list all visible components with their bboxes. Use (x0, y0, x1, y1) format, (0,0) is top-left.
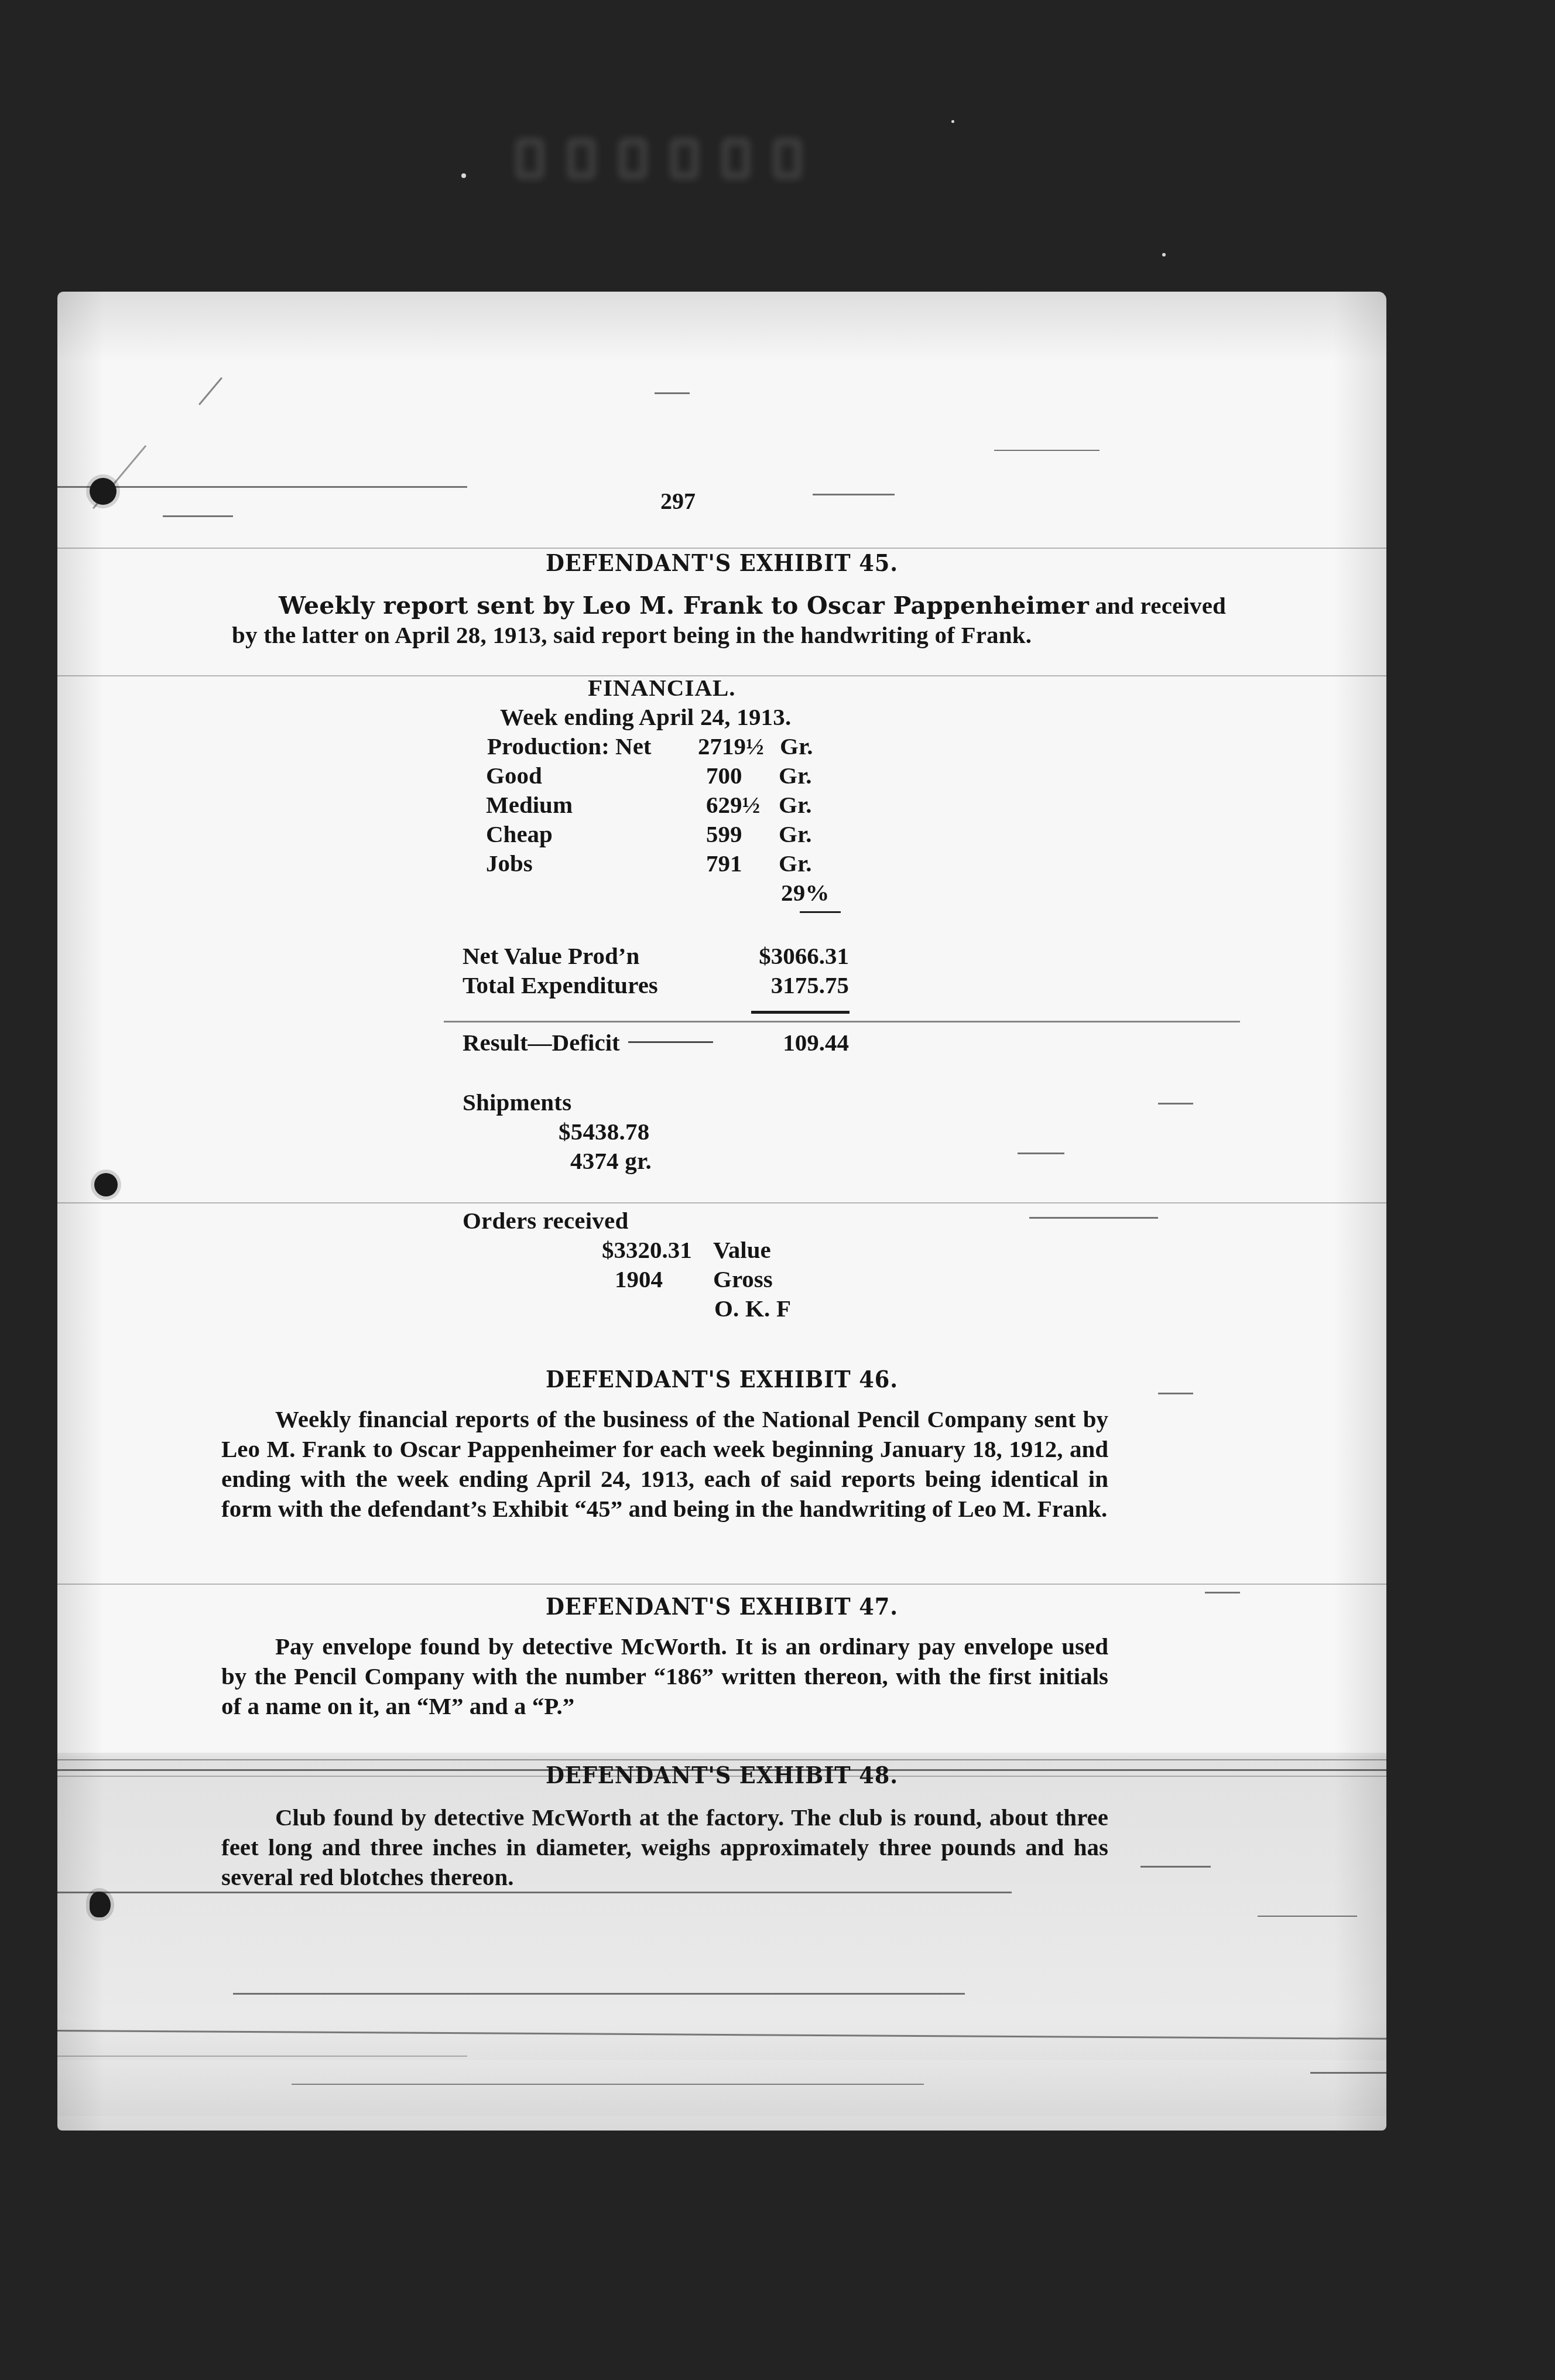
production-value: 2719½ (698, 732, 764, 760)
total-expenditures-label: Total Expenditures (463, 971, 658, 999)
result-value: 109.44 (783, 1028, 849, 1056)
production-value: 700 (706, 761, 742, 789)
report-signoff: O. K. F (714, 1294, 791, 1322)
percent-underline (800, 911, 841, 913)
production-unit: Gr. (780, 732, 813, 760)
report-title: FINANCIAL. (588, 673, 736, 702)
total-expenditures: 3175.75 (771, 971, 849, 999)
film-speck (461, 173, 466, 178)
orders-value-row: $3320.31 Value (602, 1236, 836, 1265)
result-label: Result—Deficit (463, 1028, 620, 1056)
orders-gross: 1904 (615, 1265, 663, 1293)
production-row: Medium629½Gr. (486, 791, 907, 820)
result-row: Result—Deficit 109.44 (463, 1028, 849, 1058)
exhibit-45-intro-emphasis: Weekly report sent by Leo M. Frank to Os… (279, 591, 1089, 620)
exhibit-46-heading: DEFENDANT'S EXHIBIT 46. (111, 1366, 1333, 1393)
exhibit-47-heading: DEFENDANT'S EXHIBIT 47. (111, 1593, 1333, 1620)
document-page: 297 DEFENDANT'S EXHIBIT 45. Weekly repor… (57, 292, 1386, 2131)
production-label: Medium (486, 791, 573, 819)
shipments-value: $5438.78 (559, 1117, 649, 1145)
production-row: Production: Net2719½Gr. (487, 732, 909, 761)
production-label: Cheap (486, 820, 553, 848)
film-frame-marker (515, 138, 890, 190)
production-value: 599 (706, 820, 742, 848)
exhibit-48-body: Club found by detective McWorth at the f… (221, 1803, 1108, 1892)
production-unit: Gr. (779, 791, 812, 819)
production-label: Good (486, 761, 542, 789)
exhibit-48-heading: DEFENDANT'S EXHIBIT 48. (111, 1762, 1333, 1789)
production-row: Jobs791Gr. (486, 849, 907, 878)
net-value-label: Net Value Prod’n (463, 942, 639, 970)
production-value: 629½ (706, 791, 760, 819)
production-unit: Gr. (779, 761, 812, 789)
production-row: Good700Gr. (486, 761, 907, 791)
sum-rule (751, 1011, 850, 1014)
jobs-percent: 29% (781, 878, 830, 907)
exhibit-45-heading: DEFENDANT'S EXHIBIT 45. (111, 549, 1333, 577)
production-label: Production: Net (487, 732, 652, 760)
shipments-label: Shipments (463, 1088, 571, 1116)
orders-label: Orders received (463, 1206, 628, 1235)
film-speck (951, 120, 954, 123)
result-strike (628, 1041, 713, 1043)
orders-gross-row: 1904 Gross (615, 1265, 849, 1294)
orders-value: $3320.31 (602, 1236, 692, 1264)
production-unit: Gr. (779, 820, 812, 848)
exhibit-45-intro-rest: and received (1089, 592, 1226, 619)
net-value-row: Net Value Prod’n $3066.31 (463, 942, 849, 971)
orders-value-label: Value (713, 1236, 771, 1264)
film-speck (1162, 253, 1166, 257)
page-content: 297 DEFENDANT'S EXHIBIT 45. Weekly repor… (57, 292, 1386, 2131)
exhibit-46-body: Weekly financial reports of the business… (221, 1404, 1108, 1524)
production-row: Cheap599Gr. (486, 820, 907, 849)
report-week-ending: Week ending April 24, 1913. (500, 703, 791, 731)
net-value: $3066.31 (759, 942, 849, 970)
exhibit-45-intro-line-2: by the latter on April 28, 1913, said re… (232, 621, 1032, 649)
production-value: 791 (706, 849, 742, 877)
exhibit-47-body: Pay envelope found by detective McWorth.… (221, 1632, 1108, 1721)
exhibit-45-intro-line-1: Weekly report sent by Leo M. Frank to Os… (279, 591, 1166, 620)
orders-gross-label: Gross (713, 1265, 773, 1293)
production-label: Jobs (486, 849, 533, 877)
production-unit: Gr. (779, 849, 812, 877)
page-number: 297 (643, 487, 713, 515)
total-expenditures-row: Total Expenditures 3175.75 (463, 971, 849, 1000)
shipments-gross: 4374 gr. (570, 1147, 652, 1175)
